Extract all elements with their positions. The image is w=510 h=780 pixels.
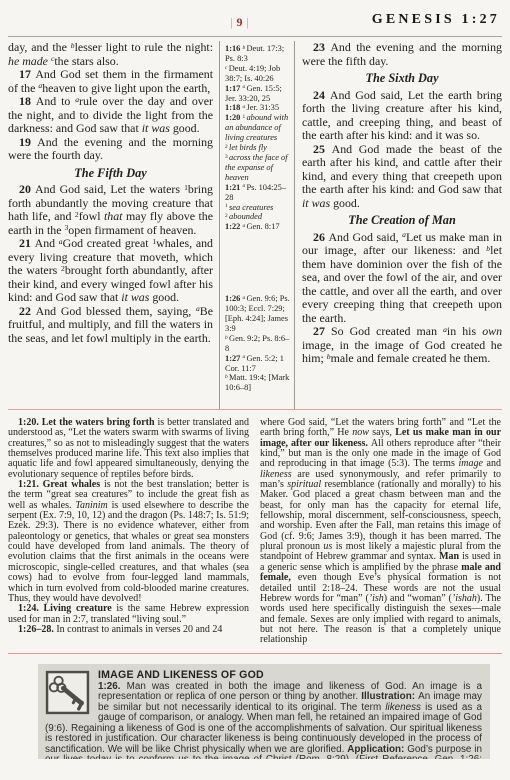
text-segment: Deut. 4:19; Job 38:7; Is. 40:26	[225, 64, 280, 83]
text-segment: c	[225, 65, 229, 71]
scripture-section: day, and the blesser light to rule the n…	[8, 37, 502, 409]
cross-reference-entry: 1:20 1 abound with an abundance of livin…	[225, 113, 291, 143]
text-segment: good.	[333, 196, 360, 210]
text-segment: 1:20. Let the waters bring forth	[18, 417, 157, 428]
folio-bar-left: |	[230, 15, 233, 29]
cross-reference-entry: 2 abounded	[225, 212, 291, 222]
section-heading: The Sixth Day	[302, 72, 502, 86]
text-segment: he made	[8, 54, 51, 68]
commentary-right-column: where God said, “Let the waters bring fo…	[260, 418, 501, 650]
text-segment: 1:26	[225, 294, 242, 303]
text-segment: the stars also.	[54, 54, 118, 68]
verse-paragraph: 20 And God said, Let the waters 1bring f…	[8, 183, 213, 237]
commentary-paragraph: 1:24. Living creature is the same Hebrew…	[8, 604, 249, 625]
verse-paragraph: 22 And God blessed them, saying, aBe fru…	[8, 305, 213, 346]
text-segment: likeness	[385, 702, 425, 713]
commentary-box-divider	[8, 653, 502, 654]
verse-paragraph: 18 And to arule over the day and over th…	[8, 95, 213, 136]
text-segment: Man	[439, 551, 462, 562]
text-segment: 17	[19, 67, 35, 81]
text-segment: And God said, Let the waters	[35, 182, 184, 196]
text-segment: heaven to give light upon the earth,	[42, 81, 210, 95]
verse-paragraph: day, and the blesser light to rule the n…	[8, 41, 213, 68]
text-segment: b	[225, 335, 229, 341]
text-segment: Gen. 9:2; Ps. 8:6–8	[225, 334, 289, 353]
text-segment: b	[242, 45, 246, 51]
verse-paragraph: 23 And the evening and the morning were …	[302, 41, 502, 68]
text-segment: says,	[372, 427, 395, 438]
cross-reference-entry: 1:21 a Ps. 104:25–28	[225, 183, 291, 203]
cross-reference-entry: 1:17 a Gen. 15:5; Jer. 33:20, 25	[225, 84, 291, 104]
text-segment: a	[242, 354, 246, 360]
text-segment: 27	[313, 324, 331, 338]
text-segment: 1	[242, 114, 246, 120]
text-segment: ) and “woman” (	[384, 593, 452, 604]
scripture-right-column: 23 And the evening and the morning were …	[295, 41, 502, 409]
text-segment: The Fifth Day	[74, 166, 146, 180]
scripture-left-column: day, and the blesser light to rule the n…	[8, 41, 219, 409]
text-segment: Application:	[347, 744, 407, 755]
study-note-box: IMAGE AND LIKENESS OF GOD 1:26. Man was …	[38, 664, 490, 759]
text-segment: b	[486, 244, 490, 253]
cross-reference-entry: 1:16 b Deut. 17:3; Ps. 8:3	[225, 44, 291, 64]
text-segment: Gen. 8:17	[246, 222, 279, 231]
text-segment: And to	[36, 94, 75, 108]
cross-reference-entry: 1 sea creatures	[225, 203, 291, 213]
commentary-paragraph: where God said, “Let the waters bring fo…	[260, 418, 501, 646]
text-segment: let birds fly	[229, 143, 267, 152]
reference-spacer	[225, 232, 291, 294]
text-segment: across the face of the expanse of heaven	[225, 153, 288, 182]
commentary-section: 1:20. Let the waters bring forth is bett…	[8, 410, 502, 653]
folio-number: 9	[234, 15, 247, 29]
text-segment: lesser light to rule the night:	[75, 40, 213, 54]
text-segment: a	[242, 183, 246, 189]
text-segment: Jer. 31:35	[246, 103, 279, 112]
text-segment: And	[35, 236, 59, 250]
commentary-paragraph: 1:21. Great whales is not the best trans…	[8, 480, 249, 604]
text-segment: Taninim	[75, 500, 111, 511]
text-segment: 1:26.	[98, 681, 127, 692]
text-segment: 1:21	[225, 183, 242, 192]
text-segment: 18	[19, 94, 36, 108]
text-segment: Illustration:	[361, 691, 418, 702]
text-segment: in his	[447, 324, 482, 338]
verse-paragraph: 17 And God set them in the firmament of …	[8, 68, 213, 95]
text-segment: In contrast to animals in verses 20 and …	[56, 624, 222, 635]
text-segment: And the evening and the morning were the…	[8, 135, 213, 163]
key-icon	[45, 670, 90, 715]
text-segment: a	[242, 84, 246, 90]
text-segment: 25	[313, 142, 332, 156]
text-segment: is better translated and understood as, …	[8, 417, 249, 480]
text-segment: a	[59, 237, 63, 246]
reference-block-1: 1:16 b Deut. 17:3; Ps. 8:3c Deut. 4:19; …	[225, 44, 291, 232]
text-segment: And God blessed them, saying,	[36, 304, 196, 318]
text-segment: God created great	[63, 236, 153, 250]
text-segment: 1:27	[225, 354, 242, 363]
text-segment: it was	[121, 290, 152, 304]
text-segment: a	[402, 230, 406, 239]
text-segment: likeness	[260, 469, 297, 480]
cross-reference-entry: 1:22 a Gen. 8:17	[225, 222, 291, 232]
text-segment: And God said,	[328, 230, 402, 244]
text-segment: 22	[19, 304, 36, 318]
text-segment: b	[225, 374, 229, 380]
text-segment: 1	[152, 237, 156, 246]
verse-paragraph: 21 And aGod created great 1whales, and e…	[8, 237, 213, 305]
text-segment: 1:21. Great whales	[18, 479, 104, 490]
verse-paragraph: 24 And God said, Let the earth bring for…	[302, 89, 502, 143]
folio-bar-right: |	[247, 15, 250, 29]
text-segment: 1:17	[225, 84, 242, 93]
text-segment: it was	[142, 121, 173, 135]
text-segment: And the evening and the morning were the…	[302, 40, 502, 68]
text-segment: 1:20	[225, 113, 242, 122]
text-segment: open firmament of heaven.	[68, 223, 196, 237]
cross-reference-entry: 1:27 a Gen. 5:2; 1 Cor. 11:7	[225, 354, 291, 374]
text-segment: 1:24. Living creature	[18, 603, 116, 614]
text-segment: a	[242, 104, 246, 110]
cross-reference-entry: c Deut. 4:19; Job 38:7; Is. 40:26	[225, 64, 291, 84]
text-segment: image	[458, 458, 486, 469]
text-segment: ’ishah	[452, 593, 477, 604]
cross-reference-entry: b Gen. 9:2; Ps. 8:6–8	[225, 334, 291, 354]
text-segment: good.	[173, 121, 200, 135]
section-heading: The Creation of Man	[302, 214, 502, 228]
running-head: GENESIS 1:27	[372, 12, 500, 28]
text-segment: a	[242, 223, 246, 229]
text-segment: a	[196, 304, 200, 313]
text-segment: 1	[225, 203, 229, 209]
text-segment: day, and the	[8, 40, 71, 54]
text-segment: b	[327, 352, 331, 361]
text-segment: male and female created he them.	[331, 351, 491, 365]
text-segment: a	[443, 325, 447, 334]
text-segment: and	[487, 458, 501, 469]
text-segment: 1:16	[225, 44, 242, 53]
cross-reference-column: 1:16 b Deut. 17:3; Ps. 8:3c Deut. 4:19; …	[219, 41, 295, 409]
text-segment: good.	[152, 290, 179, 304]
text-segment: 2	[225, 144, 229, 150]
text-segment: fowl	[79, 209, 104, 223]
text-segment: a	[38, 81, 42, 90]
study-box-title: IMAGE AND LIKENESS OF GOD	[45, 669, 482, 681]
text-segment: a	[75, 95, 79, 104]
text-segment: it was	[302, 196, 333, 210]
page-header: |9| GENESIS 1:27	[8, 0, 502, 36]
cross-reference-entry: 3 across the face of the expanse of heav…	[225, 153, 291, 183]
text-segment: spiritual	[287, 479, 324, 490]
text-segment: 2	[75, 210, 79, 219]
text-segment: 1:26–28.	[18, 624, 56, 635]
text-segment: 26	[313, 230, 328, 244]
text-segment: So God created man	[331, 324, 443, 338]
text-segment: 1:18	[225, 103, 242, 112]
text-segment: 1	[184, 183, 188, 192]
text-segment: a	[242, 295, 246, 301]
verse-paragraph: 25 And God made the beast of the earth a…	[302, 143, 502, 211]
text-segment: And God made the beast of the earth afte…	[302, 142, 502, 197]
text-segment: ’ish	[369, 593, 384, 604]
text-segment: The Creation of Man	[348, 213, 456, 227]
section-heading: The Fifth Day	[8, 167, 213, 181]
text-segment: abounded	[229, 212, 262, 221]
cross-reference-entry: b Matt. 19:4; [Mark 10:6–8]	[225, 373, 291, 393]
text-segment: Matt. 19:4; [Mark 10:6–8]	[225, 373, 289, 392]
text-segment: 1:22	[225, 222, 242, 231]
text-segment: c	[51, 54, 54, 63]
text-segment: is used elsewhere to describe the serpen…	[8, 500, 249, 604]
text-segment: The Sixth Day	[365, 71, 438, 85]
text-segment: 21	[19, 236, 35, 250]
text-segment: own	[482, 324, 502, 338]
text-segment: And God said, Let the earth bring forth …	[302, 88, 502, 143]
verse-paragraph: 27 So God created man ain his own image,…	[302, 325, 502, 366]
cross-reference-entry: 1:18 a Jer. 31:35	[225, 103, 291, 113]
text-segment: 3	[64, 223, 68, 232]
text-segment: sea creatures	[229, 203, 273, 212]
verse-paragraph: 26 And God said, aLet us make man in our…	[302, 231, 502, 326]
bible-page: |9| GENESIS 1:27 day, and the blesser li…	[0, 0, 510, 780]
text-segment: us	[323, 541, 335, 552]
reference-block-2: 1:26 a Gen. 9:6; Ps. 100:3; Eccl. 7:29; …	[225, 294, 291, 393]
text-segment: 3	[225, 154, 229, 160]
commentary-paragraph: 1:26–28. In contrast to animals in verse…	[8, 625, 249, 635]
text-segment: 19	[19, 135, 37, 149]
study-box-body: 1:26. Man was created in both the image …	[45, 682, 482, 759]
text-segment: 24	[313, 88, 330, 102]
cross-reference-entry: 2 let birds fly	[225, 143, 291, 153]
text-segment: 20	[19, 182, 35, 196]
text-segment: that	[104, 209, 126, 223]
text-segment: 2	[61, 264, 65, 273]
cross-reference-entry: 1:26 a Gen. 9:6; Ps. 100:3; Eccl. 7:29; …	[225, 294, 291, 334]
text-segment: b	[71, 41, 75, 50]
commentary-left-column: 1:20. Let the waters bring forth is bett…	[8, 418, 249, 650]
commentary-paragraph: 1:20. Let the waters bring forth is bett…	[8, 418, 249, 480]
verse-paragraph: 19 And the evening and the morning were …	[8, 136, 213, 163]
text-segment: 2	[225, 213, 229, 219]
text-segment: now	[352, 427, 372, 438]
text-segment: 23	[313, 40, 330, 54]
